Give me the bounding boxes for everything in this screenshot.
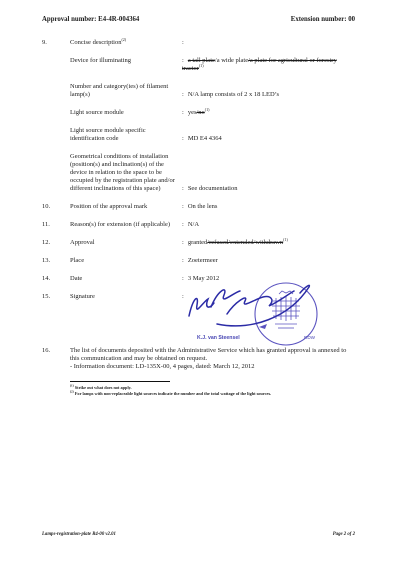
row-position-approval-mark: 10. Position of the approval mark :On th… [42, 203, 355, 211]
item-label: Approval [70, 239, 182, 247]
footnote-2: (2) For lamps with non-replaceable light… [70, 391, 355, 397]
item-value: :a tall plate/a wide plate/a plate for a… [182, 57, 355, 73]
signer-name: K.J. van Steensel [197, 335, 240, 341]
row-approval: 12. Approval :granted/refused/extended/w… [42, 239, 355, 247]
item-value: :N/A lamp consists of 2 x 18 LED’s [182, 91, 355, 99]
footnote-divider [70, 381, 170, 382]
item-value: :Zoetermeer [182, 257, 355, 265]
row-place: 13. Place :Zoetermeer [42, 257, 355, 265]
row-geometrical-conditions: Geometrical conditions of installation (… [42, 153, 355, 193]
item-label: Geometrical conditions of installation (… [70, 153, 182, 193]
row-light-source-module: Light source module :yes/no(1) [42, 109, 355, 117]
footnotes: (1) Strike out what does not apply. (2) … [70, 385, 355, 397]
item-label: Light source module specific identificat… [70, 127, 182, 143]
footer-document-id: Lamps-registration-plate R4-00 v2.01 [42, 531, 116, 539]
item-label: Date [70, 275, 182, 283]
footer-page-number: Page 2 of 2 [333, 531, 355, 539]
item-label: Signature [70, 293, 182, 301]
item-label: Device for illuminating [70, 57, 182, 65]
handwritten-signature [189, 285, 309, 325]
row-concise-description: 9. Concise description(2) : [42, 39, 355, 47]
item-label: Light source module [70, 109, 182, 117]
item-label: Place [70, 257, 182, 265]
kept-option: /a wide plate [215, 57, 248, 64]
stamp-agency-label: RDW [304, 335, 316, 340]
row-module-identification-code: Light source module specific identificat… [42, 127, 355, 143]
struck-option: /refused/extended/withdrawn [207, 239, 283, 246]
approval-number: Approval number: E4-4R-004364 [42, 16, 139, 24]
item-value: :MD E4 4364 [182, 135, 355, 143]
item-value: : [182, 293, 355, 301]
row-extension-reason: 11. Reason(s) for extension (if applicab… [42, 221, 355, 229]
extension-number: Extension number: 00 [291, 16, 355, 24]
row-filament-lamps: Number and category(ies) of filament lam… [42, 83, 355, 99]
item-number: 9. [42, 39, 70, 47]
document-header: Approval number: E4-4R-004364 Extension … [42, 16, 355, 24]
page-footer: Lamps-registration-plate R4-00 v2.01 Pag… [42, 531, 355, 539]
kept-option: granted [188, 239, 208, 246]
row-signature: 15. Signature : [42, 293, 355, 301]
item-label: Concise description(2) [70, 39, 182, 47]
item-label: Position of the approval mark [70, 203, 182, 211]
item-value: :On the lens [182, 203, 355, 211]
item-label: Reason(s) for extension (if applicable) [70, 221, 182, 229]
item-label: Number and category(ies) of filament lam… [70, 83, 182, 99]
row-date: 14. Date :3 May 2012 [42, 275, 355, 283]
documents-paragraph: The list of documents deposited with the… [70, 347, 355, 371]
item-value: :See documentation [182, 185, 355, 193]
struck-option: /no [196, 109, 204, 116]
item-value: :granted/refused/extended/withdrawn(1) [182, 239, 355, 247]
document-page: Approval number: E4-4R-004364 Extension … [0, 0, 397, 561]
row-documents-list: 16. The list of documents deposited with… [42, 347, 355, 371]
item-value: :N/A [182, 221, 355, 229]
signature-and-stamp: K.J. van Steensel RDW [183, 280, 345, 352]
item-value: : [182, 39, 355, 47]
item-value: :3 May 2012 [182, 275, 355, 283]
row-device-for-illuminating: Device for illuminating :a tall plate/a … [42, 57, 355, 73]
stamp-arrow [259, 324, 267, 329]
item-value: :yes/no(1) [182, 109, 355, 117]
